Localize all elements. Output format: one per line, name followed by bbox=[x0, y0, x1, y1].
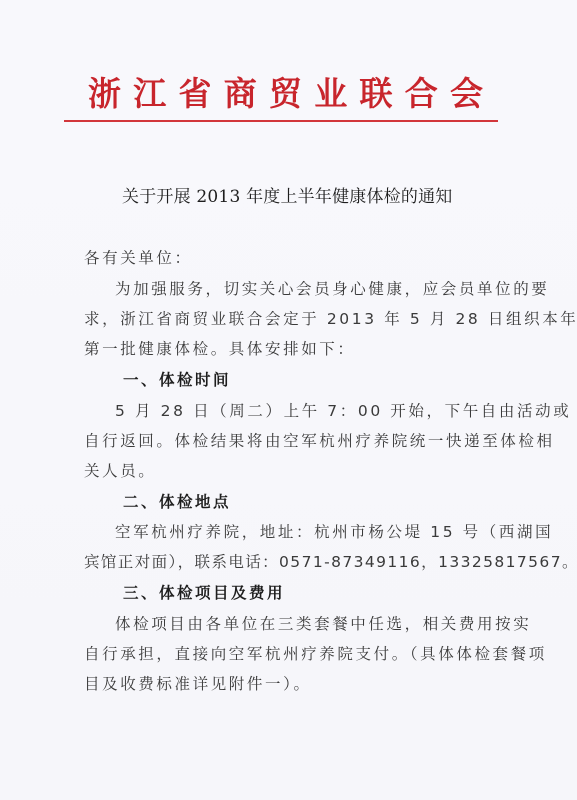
letterhead-char: 业 bbox=[314, 76, 347, 112]
letterhead-char: 商 bbox=[224, 76, 257, 112]
section-line: 自行承担，直接向空军杭州疗养院支付。（具体体检套餐项 bbox=[84, 643, 484, 665]
section-line: 体检项目由各单位在三类套餐中任选，相关费用按实 bbox=[115, 613, 485, 635]
letterhead-char: 合 bbox=[405, 76, 438, 112]
organization-letterhead: 浙 江 省 商 贸 业 联 合 会 bbox=[88, 76, 483, 112]
intro-line: 为加强服务，切实关心会员身心健康，应会员单位的要 bbox=[115, 278, 485, 300]
section-heading-location: 二、体检地点 bbox=[123, 491, 231, 513]
section-line: 目及收费标准详见附件一）。 bbox=[84, 673, 484, 695]
section-line-contact: 宾馆正对面），联系电话：0571-87349116，13325817567。 bbox=[84, 551, 484, 573]
section-line: 空军杭州疗养院，地址：杭州市杨公堤 15 号（西湖国 bbox=[115, 521, 485, 543]
document-title: 关于开展 2013 年度上半年健康体检的通知 bbox=[122, 186, 452, 208]
letterhead-char: 省 bbox=[179, 76, 212, 112]
section-heading-items-fees: 三、体检项目及费用 bbox=[123, 582, 285, 604]
document-page: 浙 江 省 商 贸 业 联 合 会 关于开展 2013 年度上半年健康体检的通知… bbox=[0, 0, 577, 800]
letterhead-char: 江 bbox=[133, 76, 166, 112]
section-line: 自行返回。体检结果将由空军杭州疗养院统一快递至体检相 bbox=[84, 430, 484, 452]
section-line: 关人员。 bbox=[84, 460, 484, 482]
intro-line: 求，浙江省商贸业联合会定于 2013 年 5 月 28 日组织本年度 bbox=[84, 308, 484, 330]
letterhead-char: 会 bbox=[450, 76, 483, 112]
letterhead-char: 浙 bbox=[88, 76, 121, 112]
letterhead-divider bbox=[64, 120, 498, 122]
letterhead-char: 联 bbox=[360, 76, 393, 112]
section-line: 5 月 28 日（周二）上午 7：00 开始，下午自由活动或 bbox=[115, 400, 485, 422]
section-heading-time: 一、体检时间 bbox=[123, 369, 231, 391]
salutation: 各有关单位： bbox=[84, 247, 484, 269]
intro-line: 第一批健康体检。具体安排如下： bbox=[84, 338, 484, 360]
letterhead-char: 贸 bbox=[269, 76, 302, 112]
